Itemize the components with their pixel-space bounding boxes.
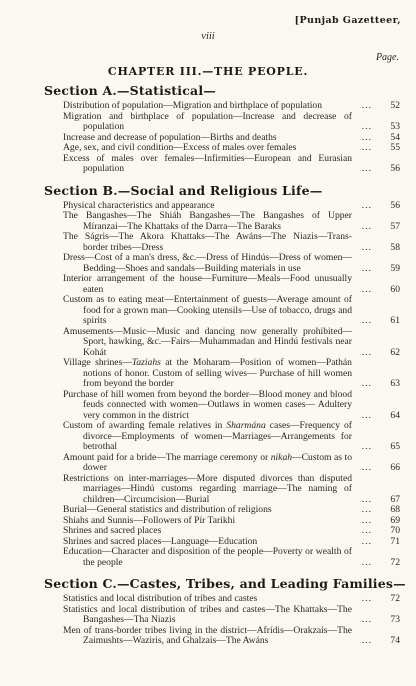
leader-dots: ...	[362, 264, 372, 275]
leader-dots: ...	[362, 615, 372, 626]
toc-entry-text: Distribution of population—Migration and…	[63, 101, 352, 112]
toc-entry-page: 64	[378, 411, 400, 422]
leader-dots: ...	[362, 463, 372, 474]
toc-section: Section B.—Social and Religious Life—Phy…	[0, 184, 416, 569]
leader-dots: ...	[362, 222, 372, 233]
leader-dots: ...	[362, 122, 372, 133]
toc-entry-text: Purchase of hill women from beyond the b…	[63, 390, 352, 422]
toc-entry-page: 74	[378, 636, 400, 647]
leader-dots: ...	[362, 101, 372, 112]
toc-entry-text: Migration and birthplace of population—I…	[63, 112, 352, 133]
toc-entry: Statistics and local distribution of tri…	[63, 605, 400, 626]
toc-entry: Amount paid for a bride—The marriage cer…	[63, 453, 400, 474]
toc-entry-page: 55	[378, 143, 400, 154]
toc-section: Section C.—Castes, Tribes, and Leading F…	[0, 577, 416, 647]
toc-entry-text: Age, sex, and civil condition—Excess of …	[63, 143, 352, 154]
toc-entry: Village shrines—Taziahs at the Moharam—P…	[63, 358, 400, 390]
toc-entry-text: The Bangashes—The Shiáh Bangashes—The Ba…	[63, 211, 352, 232]
toc-entry-text: Custom as to eating meat—Entertainment o…	[63, 295, 352, 327]
toc-entry: Distribution of population—Migration and…	[63, 101, 400, 112]
leader-dots: ...	[362, 558, 372, 569]
toc-entry: Men of trans-border tribes living in the…	[63, 626, 400, 647]
toc-entry-text: Amusements—Music—Music and dancing now g…	[63, 327, 352, 359]
table-of-contents: Section A.—Statistical—Distribution of p…	[0, 84, 416, 647]
toc-entry-page: 62	[378, 348, 400, 359]
toc-entry: The Ságris—The Akora Khattaks—The Awáns—…	[63, 232, 400, 253]
toc-entry-page: 65	[378, 442, 400, 453]
leader-dots: ...	[362, 164, 372, 175]
leader-dots: ...	[362, 505, 372, 516]
toc-entry: Excess of males over females—Infirmities…	[63, 154, 400, 175]
toc-entry-page: 72	[378, 558, 400, 569]
toc-entry-text: Statistics and local distribution of tri…	[63, 594, 352, 605]
running-header: [Punjab Gazetteer,	[295, 15, 401, 26]
chapter-title: CHAPTER III.—THE PEOPLE.	[0, 65, 416, 78]
toc-entry-page: 70	[378, 526, 400, 537]
toc-entry: Custom as to eating meat—Entertainment o…	[63, 295, 400, 327]
leader-dots: ...	[362, 594, 372, 605]
toc-entry-page: 63	[378, 379, 400, 390]
toc-entry-text: Men of trans-border tribes living in the…	[63, 626, 352, 647]
toc-entry-page: 57	[378, 222, 400, 233]
toc-entry: Dress—Cost of a man's dress, &c.—Dress o…	[63, 253, 400, 274]
toc-entry-page: 72	[378, 594, 400, 605]
folio-number: viii	[0, 31, 416, 42]
leader-dots: ...	[362, 526, 372, 537]
toc-entry-text: Shrines and sacred places	[63, 526, 352, 537]
toc-entry-page: 53	[378, 122, 400, 133]
toc-entry-text: The Ságris—The Akora Khattaks—The Awáns—…	[63, 232, 352, 253]
leader-dots: ...	[362, 201, 372, 212]
toc-entry: Age, sex, and civil condition—Excess of …	[63, 143, 400, 154]
toc-entry-page: 61	[378, 316, 400, 327]
toc-entry-text: Custom of awarding female relatives in S…	[63, 421, 352, 453]
page-column-label: Page.	[376, 52, 399, 63]
toc-entry: Shrines and sacred places...70	[63, 526, 400, 537]
toc-entry-text: Excess of males over females—Infirmities…	[63, 154, 352, 175]
toc-entry-page: 60	[378, 285, 400, 296]
toc-entry-text: Statistics and local distribution of tri…	[63, 605, 352, 626]
toc-entry: Restrictions on inter-marriages—More dis…	[63, 474, 400, 506]
toc-entry: Migration and birthplace of population—I…	[63, 112, 400, 133]
section-heading: Section C.—Castes, Tribes, and Leading F…	[0, 577, 416, 591]
toc-entry-text: Education—Character and disposition of t…	[63, 547, 352, 568]
toc-entry: Statistics and local distribution of tri…	[63, 594, 400, 605]
section-entries: Statistics and local distribution of tri…	[63, 594, 400, 647]
toc-entry: Burial—General statistics and distributi…	[63, 505, 400, 516]
scanned-book-page: [Punjab Gazetteer, viii Page. CHAPTER II…	[0, 0, 416, 686]
toc-entry-page: 71	[378, 537, 400, 548]
section-entries: Physical characteristics and appearance.…	[63, 201, 400, 569]
leader-dots: ...	[362, 379, 372, 390]
toc-entry-page: 66	[378, 463, 400, 474]
toc-entry: The Bangashes—The Shiáh Bangashes—The Ba…	[63, 211, 400, 232]
leader-dots: ...	[362, 348, 372, 359]
section-heading: Section A.—Statistical—	[0, 84, 416, 98]
leader-dots: ...	[362, 537, 372, 548]
toc-entry: Education—Character and disposition of t…	[63, 547, 400, 568]
leader-dots: ...	[362, 143, 372, 154]
toc-entry-page: 56	[378, 164, 400, 175]
section-entries: Distribution of population—Migration and…	[63, 101, 400, 175]
toc-entry-text: Village shrines—Taziahs at the Moharam—P…	[63, 358, 352, 390]
leader-dots: ...	[362, 285, 372, 296]
toc-entry-text: Interior arrangement of the house—Furnit…	[63, 274, 352, 295]
toc-entry-text: Amount paid for a bride—The marriage cer…	[63, 453, 352, 474]
toc-entry-text: Burial—General statistics and distributi…	[63, 505, 352, 516]
toc-entry-page: 68	[378, 505, 400, 516]
leader-dots: ...	[362, 316, 372, 327]
toc-entry-page: 52	[378, 101, 400, 112]
toc-entry-text: Restrictions on inter-marriages—More dis…	[63, 474, 352, 506]
section-heading: Section B.—Social and Religious Life—	[0, 184, 416, 198]
leader-dots: ...	[362, 411, 372, 422]
toc-entry-text: Dress—Cost of a man's dress, &c.—Dress o…	[63, 253, 352, 274]
toc-entry: Custom of awarding female relatives in S…	[63, 421, 400, 453]
leader-dots: ...	[362, 442, 372, 453]
toc-section: Section A.—Statistical—Distribution of p…	[0, 84, 416, 175]
leader-dots: ...	[362, 243, 372, 254]
leader-dots: ...	[362, 636, 372, 647]
toc-entry: Amusements—Music—Music and dancing now g…	[63, 327, 400, 359]
toc-entry: Interior arrangement of the house—Furnit…	[63, 274, 400, 295]
toc-entry-page: 58	[378, 243, 400, 254]
toc-entry-page: 73	[378, 615, 400, 626]
toc-entry-page: 56	[378, 201, 400, 212]
toc-entry: Purchase of hill women from beyond the b…	[63, 390, 400, 422]
toc-entry-page: 59	[378, 264, 400, 275]
